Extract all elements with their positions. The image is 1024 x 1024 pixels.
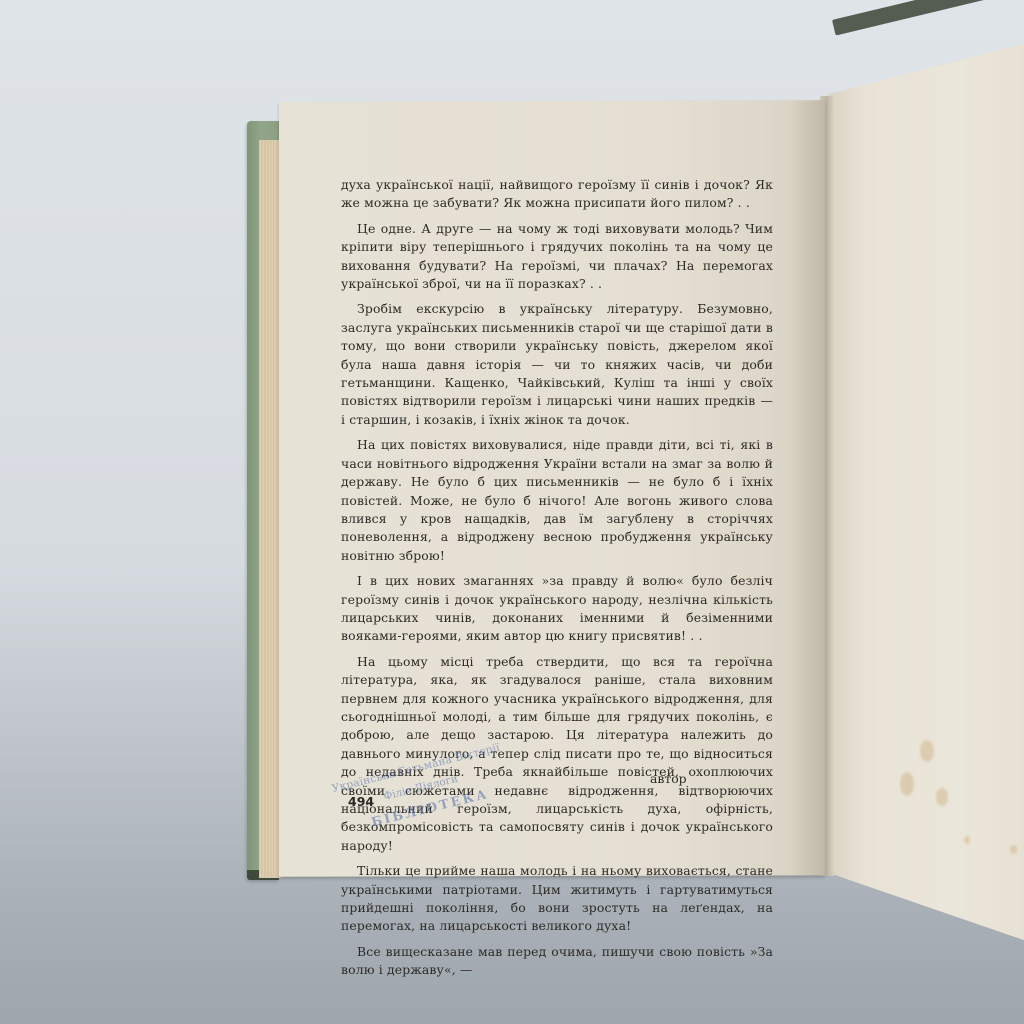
foxing-stain (964, 836, 970, 844)
paragraph: Тільки це прийме наша молодь і на ньому … (341, 862, 773, 936)
right-page-blank (828, 40, 1024, 945)
paragraph: духа української нації, найвищого героїз… (341, 176, 773, 213)
page-block-edges (259, 140, 281, 878)
book-cover-right-edge (832, 0, 1024, 36)
foxing-stain (920, 740, 934, 762)
paragraph: Зробім екскурсію в українську літературу… (341, 300, 773, 429)
paragraph: І в цих нових змаганнях »за правду й вол… (341, 572, 773, 646)
open-book-photo: духа української нації, найвищого героїз… (0, 0, 1024, 1024)
paragraph: Це одне. А друге — на чому ж тоді вихову… (341, 220, 773, 294)
author-signature: автор (650, 771, 687, 786)
foxing-stain (1010, 845, 1017, 854)
page-body-text: духа української нації, найвищого героїз… (341, 176, 773, 987)
paragraph: На цих повістях виховувалися, ніде правд… (341, 436, 773, 565)
foxing-stain (936, 788, 948, 806)
foxing-stain (900, 772, 914, 796)
paragraph: Все вищесказане мав перед очима, пишучи … (341, 943, 773, 980)
